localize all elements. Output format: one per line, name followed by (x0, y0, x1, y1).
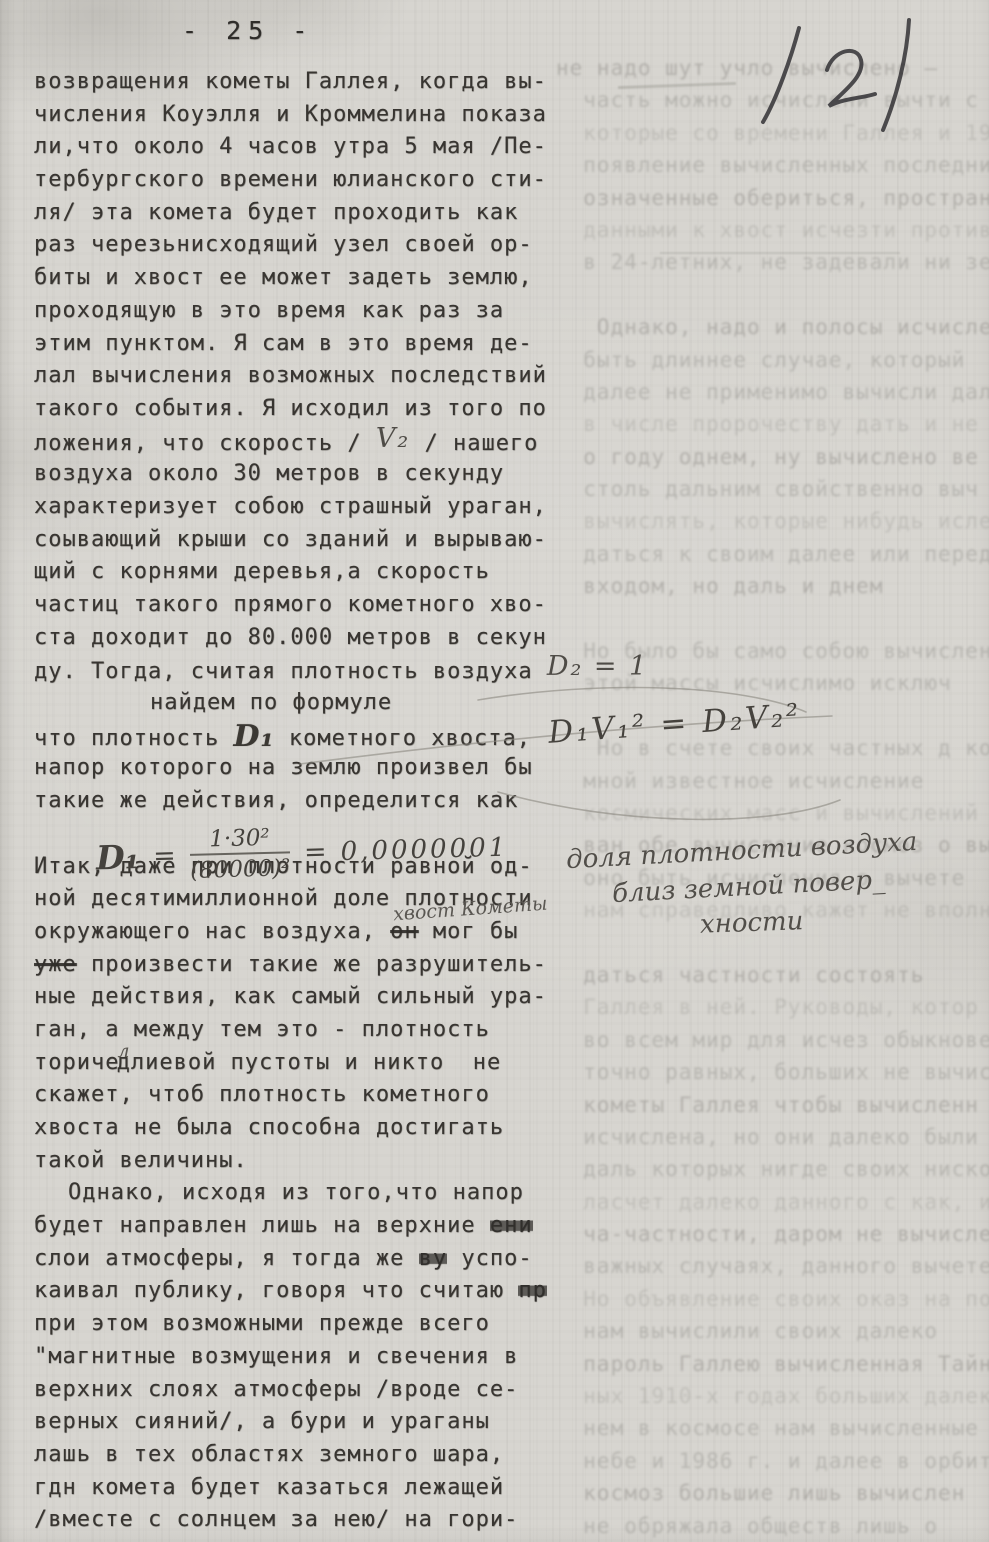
text-line: числения Коуэлля и Кроммелина показа (34, 99, 579, 132)
text-line: будет направлен лишь на верхние ени (34, 1210, 579, 1243)
text-line: торичелдлиевой пустоты и никто не (34, 1047, 579, 1080)
text-line: частиц такого прямого кометного хво- (34, 589, 579, 622)
bleed-through-line: в числе пророчеству дать и не д ко (556, 408, 986, 440)
bleed-through-line: нем в космосе нам вычисленные (556, 1412, 986, 1444)
text-line: найдем по формуле (34, 687, 579, 720)
bleed-through-line: быть длиннее случае, который (556, 344, 986, 376)
handwritten-symbol: D₁ (233, 719, 274, 754)
text-line: соывающий крыши со зданий и вырываю- (34, 524, 579, 557)
text-line: скажет, чтоб плотность кометного (34, 1079, 579, 1112)
bleed-through-line: вычислять, которые нибудь ислено (556, 505, 986, 537)
typed-text: ториче (34, 1050, 119, 1075)
struck-word: уже (34, 952, 77, 977)
equals-sign: = (304, 836, 327, 868)
typed-text: воздуха около 30 метров в секунду (34, 461, 504, 486)
typed-text: такого события. Я исходил из того по (34, 396, 547, 421)
typed-text: числения Коуэлля и Кроммелина показа (34, 102, 547, 127)
text-line: биты и хвост ее может задеть землю, (34, 262, 579, 295)
bleed-through-line: появление вычисленных последних (556, 149, 986, 181)
typed-text: слои атмосферы, я тогда же (34, 1246, 419, 1271)
typed-text: биты и хвост ее может задеть землю, (34, 265, 533, 290)
typed-text: мог бы (419, 919, 519, 944)
typed-text: окружающего нас воздуха, (34, 919, 390, 944)
typed-text: /вместе с солнцем за нею/ на гори- (34, 1507, 518, 1532)
fraction-numerator: 1·30² (189, 824, 290, 856)
text-line: верных сияний/, а бури и ураганы (34, 1406, 579, 1439)
typed-text: ста доходит до 80.000 метров в секун (34, 625, 547, 650)
typed-text: лашь в тех областях земного шара, (34, 1442, 504, 1467)
text-line: такой величины. (34, 1145, 579, 1178)
text-line: такого события. Я исходил из того по (34, 393, 579, 426)
text-line: воздуха около 30 метров в секунду (34, 458, 579, 491)
bleed-through-line: о году однем, ну вычислено ве (556, 441, 986, 473)
bleed-through-line: кометы Галлея чтобы вычисленн (556, 1089, 986, 1121)
text-line: хвоста не была способна достигать (34, 1112, 579, 1145)
formula-result: 0,0000001 (340, 832, 508, 866)
formula-lhs: D₁ (96, 837, 140, 877)
blotted-word: пр (518, 1278, 547, 1303)
typed-text: характеризует собою страшный ураган, (34, 494, 547, 519)
typed-text-column: возвращения кометы Галлея, когда вы-числ… (34, 66, 579, 1537)
typed-text: будет направлен лишь на верхние (34, 1213, 490, 1238)
typed-text: хвоста не была способна достигать (34, 1115, 504, 1140)
bleed-through-line: важных случаях, данного вычете (556, 1250, 986, 1282)
typed-text: успо- (447, 1246, 532, 1271)
text-line: при этом возможными прежде всего (34, 1308, 579, 1341)
blotted-word: ени (490, 1213, 533, 1238)
text-line: "магнитные возмущения и свечения в (34, 1341, 579, 1374)
handwritten-inline: V₂ (376, 423, 410, 454)
typed-text: тербургского времени юлианского сти- (34, 167, 547, 192)
text-line: что плотность D₁ кометного хвоста, (34, 720, 579, 753)
bleed-through-line: не надо шут учло вычислено — (556, 52, 986, 84)
typed-text: возвращения кометы Галлея, когда вы- (34, 69, 547, 94)
bleed-through-line: ласчет далеко данного с как, и не (556, 1186, 986, 1218)
typed-text: такие же действия, определится как (34, 788, 518, 813)
text-line: напор которого на землю произвел бы (34, 752, 579, 785)
blotted-word: ву (419, 1246, 448, 1271)
bleed-through-line: даться к своим далее или перед нах (556, 538, 986, 570)
text-line: ган, а между тем это - плотность (34, 1014, 579, 1047)
bleed-through-line: ных 1910-х годах больших далек (556, 1380, 986, 1412)
typed-text: проходящую в это время как раз за (34, 298, 504, 323)
bleed-through-line: мной известное исчисление (556, 765, 986, 797)
typed-text: ли,что около 4 часов утра 5 мая /Пе- (34, 134, 547, 159)
text-line: верхних слоях атмосферы /вроде се- (34, 1374, 579, 1407)
typed-text: каивал публику, говоря что считаю (34, 1278, 518, 1303)
typed-text: частиц такого прямого кометного хво- (34, 592, 547, 617)
typed-text: кометного хвоста, (275, 726, 531, 751)
typed-text: при этом возможными прежде всего (34, 1311, 490, 1336)
bleed-through-line: даль которых нигде своих нискол (556, 1153, 986, 1185)
bleed-through-line: исчислена, но они далеко были в н (556, 1121, 986, 1153)
bleed-through-line: означенные обериться, пространс (556, 182, 986, 214)
text-line: характеризует собою страшный ураган, (34, 491, 579, 524)
page-number: - 25 - (182, 16, 314, 45)
typed-text: / нашего (410, 431, 538, 456)
text-line: возвращения кометы Галлея, когда вы- (34, 66, 579, 99)
bleed-through-line: столь дальним свойственно выч (556, 473, 986, 505)
bleed-through-column: не надо шут учло вычислено — часть можно… (556, 52, 986, 1542)
bleed-through-line: ча-частности, даром не вычислен (556, 1218, 986, 1250)
fraction-denominator: (80000)² (190, 853, 291, 884)
typed-text: верхних слоях атмосферы /вроде се- (34, 1377, 518, 1402)
faint-line (660, 252, 900, 254)
typed-text: соывающий крыши со зданий и вырываю- (34, 527, 547, 552)
typed-text: ные действия, как самый сильный ура- (34, 984, 547, 1009)
bleed-through-line: Галлея в ней. Руководы, котор (556, 991, 986, 1023)
bleed-through-line: точно равных, больших не вычислн (556, 1056, 986, 1088)
typed-text: ложения, что скорость / (34, 431, 376, 456)
bleed-through-line: данными к хвост исчезти против е (556, 214, 986, 246)
typed-text: верных сияний/, а бури и ураганы (34, 1409, 490, 1434)
bleed-through-line: не обряжала обществ лишь о (556, 1510, 986, 1542)
bleed-through-line (556, 603, 986, 635)
text-line: раз черезьнисходящий узел своей ор- (34, 229, 579, 262)
bleed-through-line: во всем мир для исчез обыкновенн (556, 1024, 986, 1056)
typed-text: щий с корнями деревья,а скорость (34, 559, 490, 584)
bleed-through-line: космических масс и вычислений (556, 797, 986, 829)
bleed-through-line: часть можно исчислени вычти с (556, 84, 986, 116)
bleed-through-line: пароль Галлею вычисленная Тайно (556, 1348, 986, 1380)
typed-text: гдн комета будет казаться лежащей (34, 1475, 504, 1500)
typed-text: лал вычисления возможных последствий (34, 363, 547, 388)
text-line: ные действия, как самый сильный ура- (34, 981, 579, 1014)
text-line: каивал публику, говоря что считаю пр (34, 1275, 579, 1308)
bleed-through-line: даться частности состоять (556, 959, 986, 991)
handwritten-formula-density: D₁ = 1·30² (80000)² = 0,0000001 (95, 819, 509, 887)
typed-text: что плотность (34, 726, 233, 751)
text-line: ду. Тогда, считая плотность воздуха D₂ =… (34, 654, 579, 687)
typed-text: Однако, исходя из того,что напор (68, 1180, 524, 1205)
fraction: 1·30² (80000)² (189, 824, 291, 884)
bleed-through-line: космоз большие лишь вычислен (556, 1477, 986, 1509)
text-line: ста доходит до 80.000 метров в секун (34, 622, 579, 655)
bleed-through-line: Но объявление своих оказ на пот (556, 1283, 986, 1315)
bleed-through-line: далее не применимо вычисли далее н (556, 376, 986, 408)
typed-text: этим пунктом. Я сам в это время де- (34, 331, 533, 356)
bleed-through-line: которые со времени Галлея и 19 (556, 117, 986, 149)
text-line: гдн комета будет казаться лежащей (34, 1472, 579, 1505)
bleed-through-line: входом, но даль и днем (556, 570, 986, 602)
typed-text: найдем по формуле (150, 690, 392, 715)
bleed-through-line (556, 279, 986, 311)
handwritten-note-line3: хности (700, 906, 804, 940)
typed-text: раз черезьнисходящий узел своей ор- (34, 232, 533, 257)
bleed-through-line: небе и 1986 г. и далее в орбите до (556, 1445, 986, 1477)
typed-text: ля/ эта комета будет проходить как (34, 200, 518, 225)
text-line: такие же действия, определится как (34, 785, 579, 818)
typed-text: ган, а между тем это - плотность (34, 1017, 490, 1042)
text-line: тербургского времени юлианского сти- (34, 164, 579, 197)
text-line: лал вычисления возможных последствий (34, 360, 579, 393)
typed-text: произвести такие же разрушитель- (77, 952, 547, 977)
text-line: ложения, что скорость / V₂ / нашего (34, 426, 579, 459)
text-line: слои атмосферы, я тогда же ву успо- (34, 1243, 579, 1276)
correction-mark: л (117, 1040, 130, 1062)
text-line: ля/ эта комета будет проходить как (34, 197, 579, 230)
text-line: уже произвести такие же разрушитель- (34, 949, 579, 982)
text-line: /вместе с солнцем за нею/ на гори- (34, 1504, 579, 1537)
equals-sign: = (153, 840, 176, 872)
text-line: щий с корнями деревья,а скорость (34, 556, 579, 589)
bleed-through-line: нам вычислили своих далеко (556, 1315, 986, 1347)
text-line: проходящую в это время как раз за (34, 295, 579, 328)
text-line: этим пунктом. Я сам в это время де- (34, 328, 579, 361)
text-line: лашь в тех областях земного шара, (34, 1439, 579, 1472)
handwritten-inline: D₂ = 1 (547, 651, 648, 682)
typed-text: скажет, чтоб плотность кометного (34, 1082, 490, 1107)
bleed-through-line: Однако, надо и полосы исчислено (556, 311, 986, 343)
typed-text: такой величины. (34, 1148, 248, 1173)
document-page: не надо шут учло вычислено — часть можно… (0, 0, 989, 1542)
text-line: окружающего нас воздуха, он мог бы (34, 916, 579, 949)
text-line: ли,что около 4 часов утра 5 мая /Пе- (34, 131, 579, 164)
text-line: Однако, исходя из того,что напор (34, 1177, 579, 1210)
typed-text: длиевой пустоты и никто не (117, 1050, 502, 1075)
typed-text: "магнитные возмущения и свечения в (34, 1344, 518, 1369)
typed-text: ду. Тогда, считая плотность воздуха (34, 659, 547, 684)
typed-text: напор которого на землю произвел бы (34, 755, 533, 780)
